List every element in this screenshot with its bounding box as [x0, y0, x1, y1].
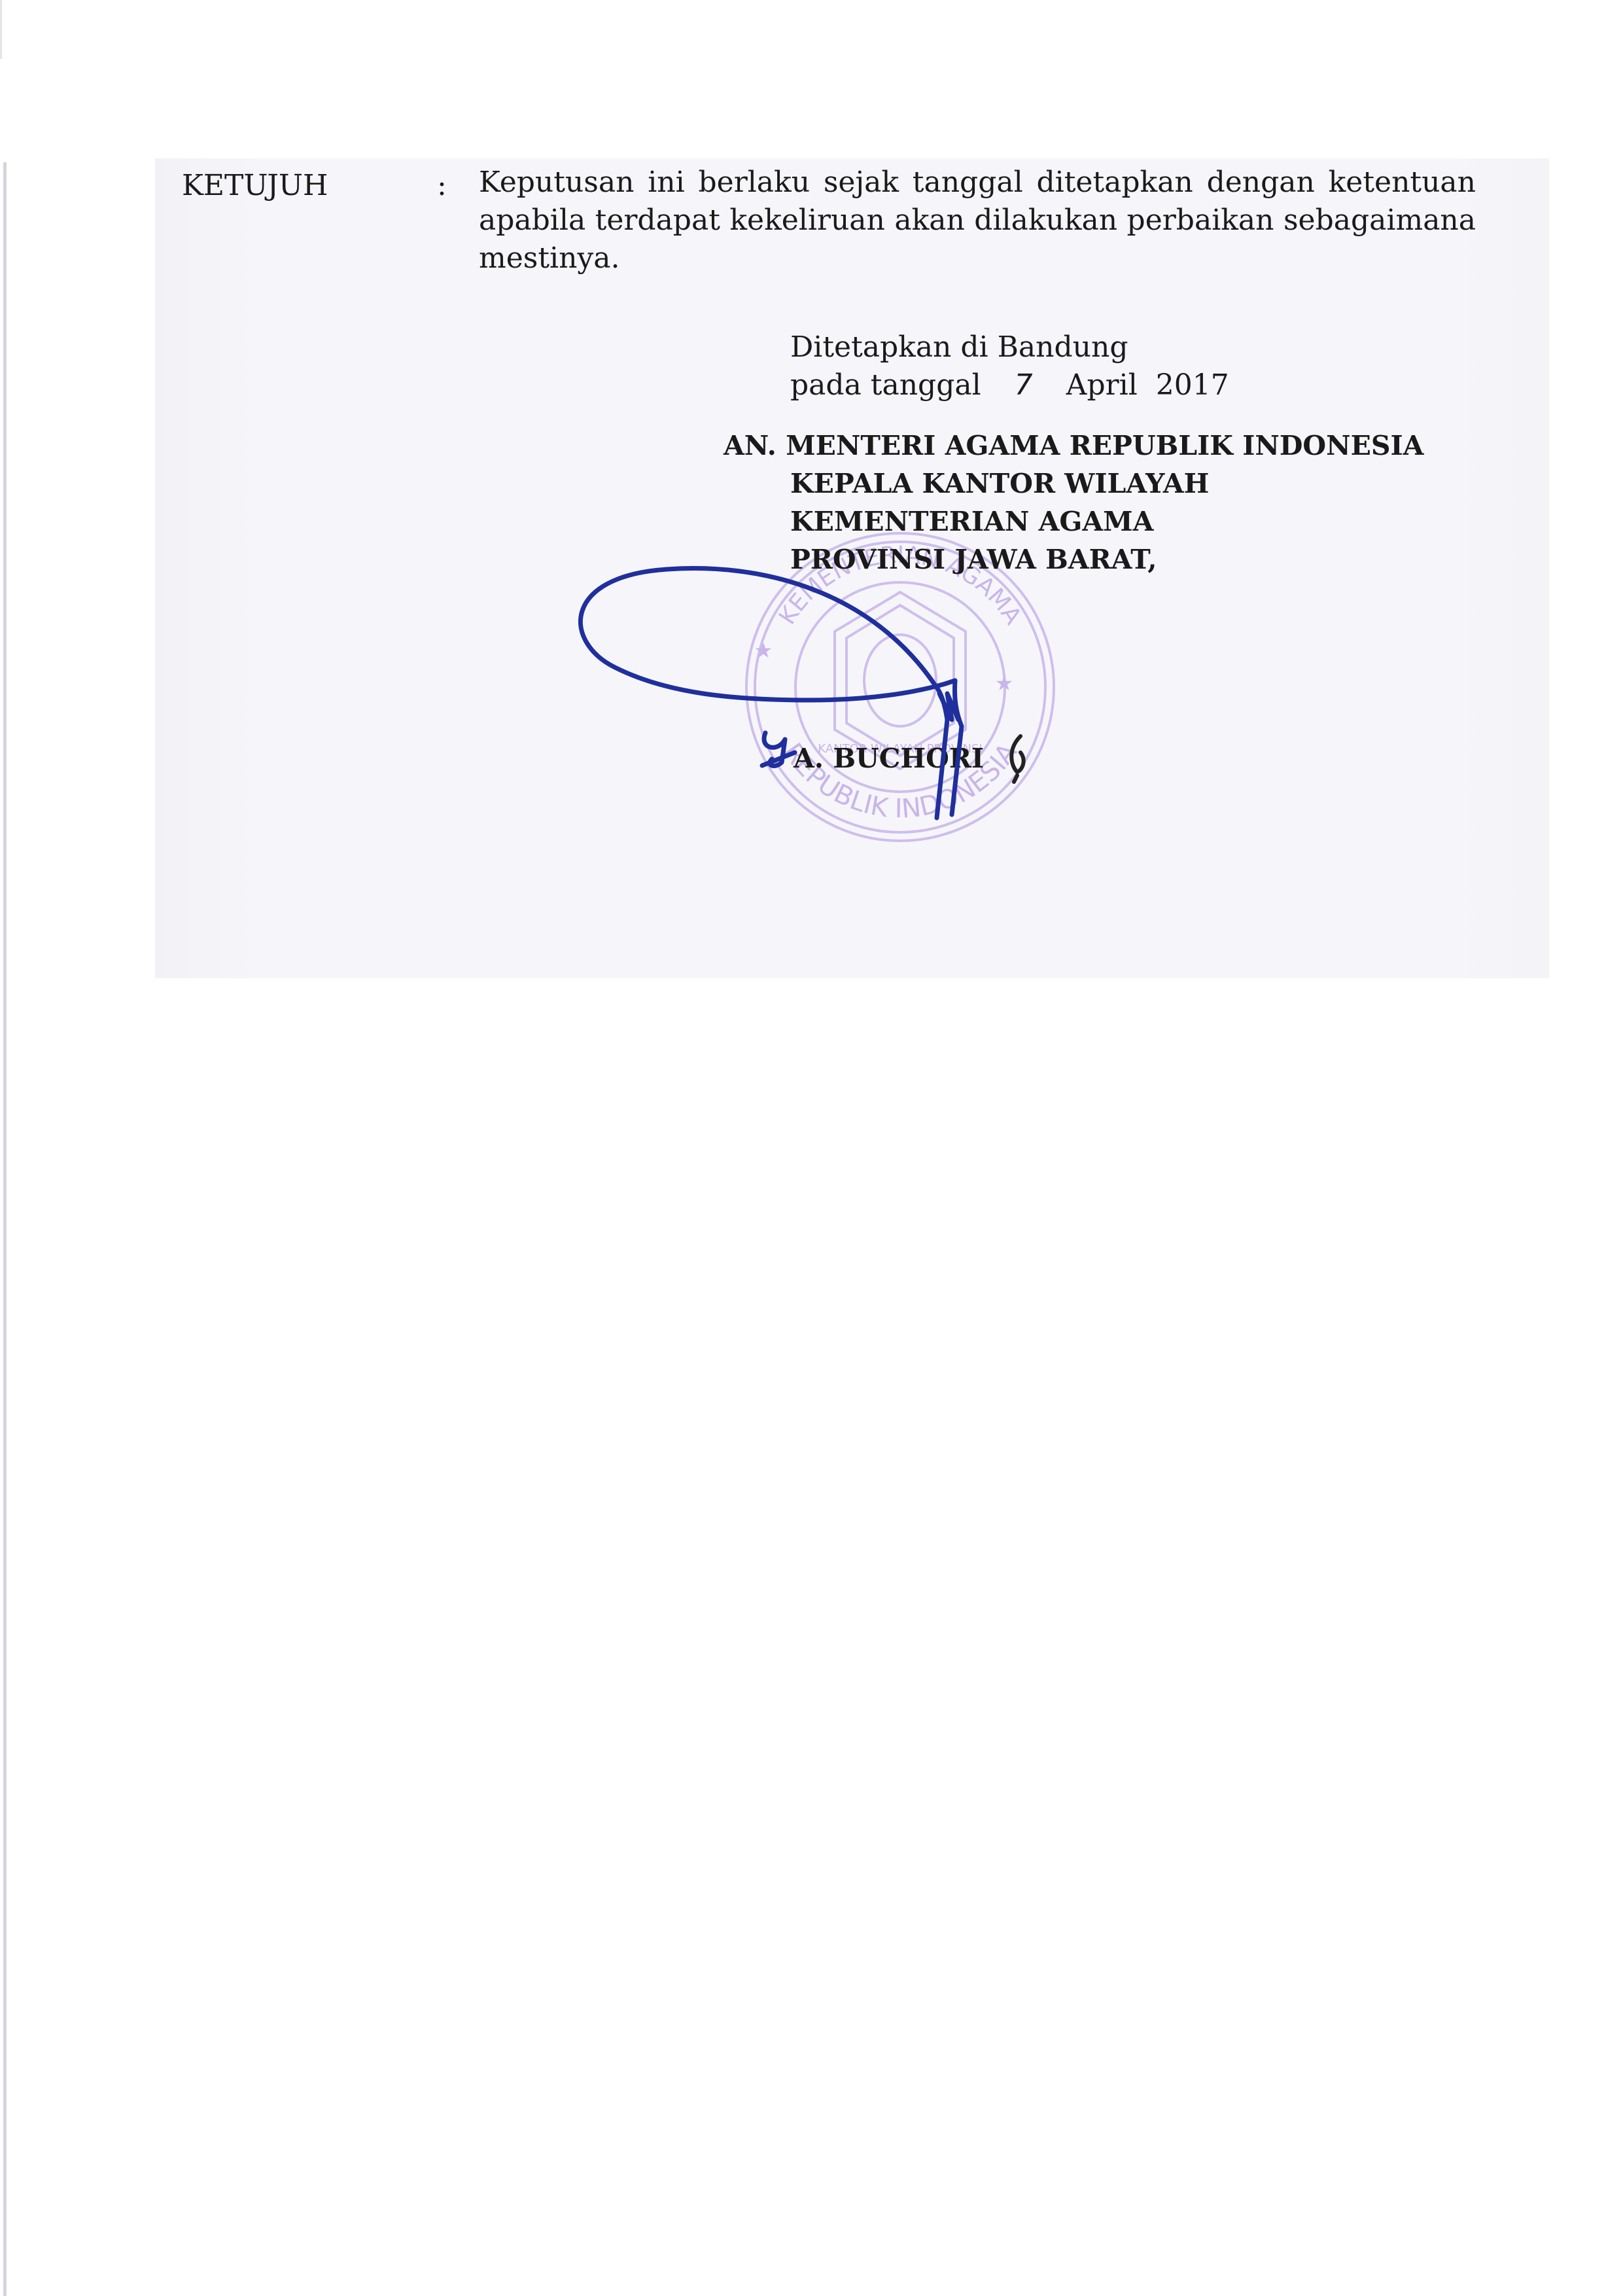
handwritten-signature	[0, 0, 1623, 2296]
